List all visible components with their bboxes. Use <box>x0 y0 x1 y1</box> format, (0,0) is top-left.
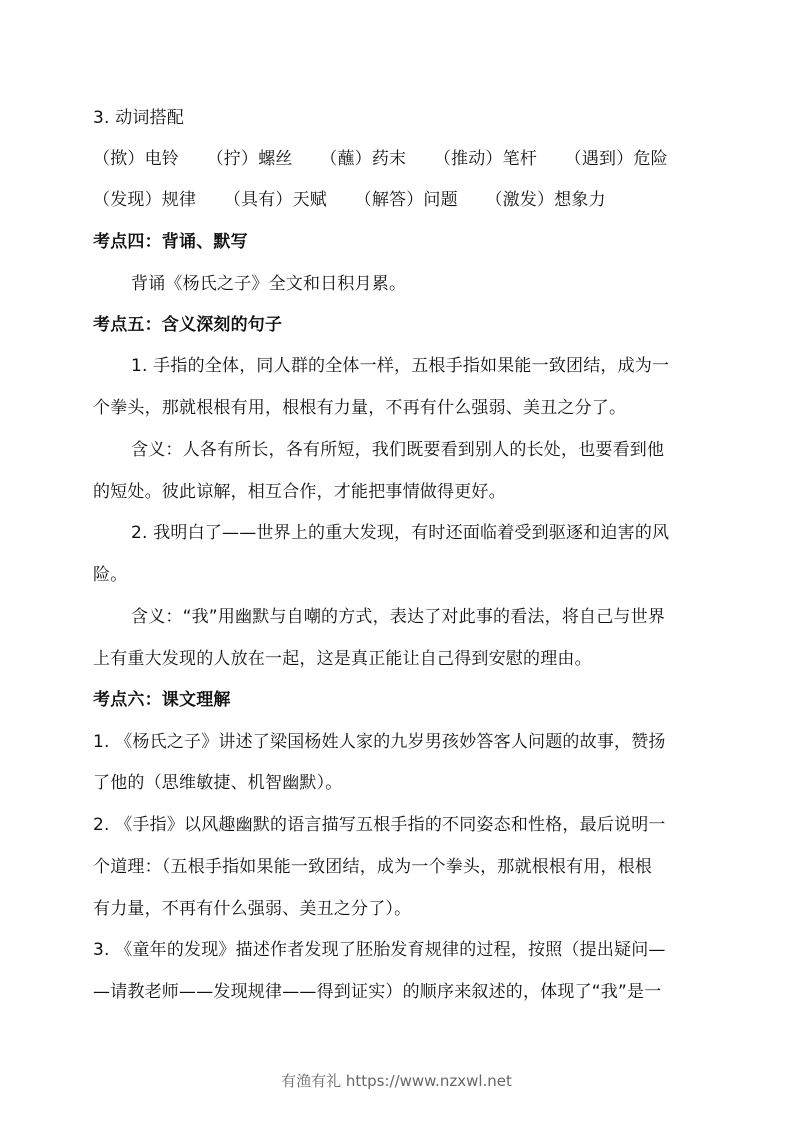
sentence-1-line-1: 1. 手指的全体，同人群的全体一样，五根手指如果能一致团结，成为一 <box>131 355 751 377</box>
meaning-1-line-2: 的短处。彼此谅解，相互合作，才能把事情做得更好。 <box>93 481 713 503</box>
verb-pair: （推动）笔杆 <box>434 148 537 170</box>
item-2-line-2: 个道理：（五根手指如果能一致团结，成为一个拳头，那就根根有用，根根 <box>93 856 713 878</box>
heading-kp4: 考点四：背诵、默写 <box>93 231 713 253</box>
verb-pair: （遇到）危险 <box>565 148 668 170</box>
verb-pair: （拧）螺丝 <box>207 148 293 170</box>
heading-kp5: 考点五：含义深刻的句子 <box>93 314 713 336</box>
verb-pair: （解答）问题 <box>355 189 458 211</box>
verb-pair: （蘸）药末 <box>320 148 406 170</box>
sentence-1-line-2: 个拳头，那就根根有用，根根有力量，不再有什么强弱、美丑之分了。 <box>93 397 713 419</box>
item-1-line-2: 了他的（思维敏捷、机智幽默）。 <box>93 772 713 794</box>
item-3-line-2: —请教老师——发现规律——得到证实）的顺序来叙述的，体现了“我”是一 <box>93 981 713 1003</box>
meaning-2-line-2: 上有重大发现的人放在一起，这是真正能让自己得到安慰的理由。 <box>93 648 713 670</box>
footer-watermark: 有渔有礼 https://www.nzxwl.net <box>0 1070 793 1091</box>
verb-pairs-row-2: （发现）规律 （具有）天赋 （解答）问题 （激发）想象力 <box>93 189 713 211</box>
verb-pair: （激发）想象力 <box>485 189 605 211</box>
verb-pair: （发现）规律 <box>93 189 196 211</box>
verb-pair: （具有）天赋 <box>224 189 327 211</box>
sentence-2-line-2: 险。 <box>93 564 713 586</box>
heading-kp6: 考点六：课文理解 <box>93 689 713 711</box>
item-2-line-3: 有力量，不再有什么强弱、美丑之分了）。 <box>93 898 713 920</box>
verb-pair: （揿）电铃 <box>93 148 179 170</box>
item-2-line-1: 2. 《手指》以风趣幽默的语言描写五根手指的不同姿态和性格，最后说明一 <box>93 814 713 836</box>
meaning-1-line-1: 含义：人各有所长，各有所短，我们既要看到别人的长处，也要看到他 <box>131 439 751 461</box>
item-1-line-1: 1. 《杨氏之子》讲述了梁国杨姓人家的九岁男孩妙答客人问题的故事，赞扬 <box>93 731 713 753</box>
meaning-2-line-1: 含义：“我”用幽默与自嘲的方式，表达了对此事的看法，将自己与世界 <box>131 606 751 628</box>
kp4-text: 背诵《杨氏之子》全文和日积月累。 <box>131 273 751 295</box>
sentence-2-line-1: 2. 我明白了——世界上的重大发现，有时还面临着受到驱逐和迫害的风 <box>131 522 751 544</box>
item-3-line-1: 3. 《童年的发现》描述作者发现了胚胎发育规律的过程，按照（提出疑问— <box>93 939 713 961</box>
verb-pairs-row-1: （揿）电铃 （拧）螺丝 （蘸）药末 （推动）笔杆 （遇到）危险 <box>93 148 713 170</box>
section-title-verb-pairs: 3. 动词搭配 <box>93 107 713 129</box>
